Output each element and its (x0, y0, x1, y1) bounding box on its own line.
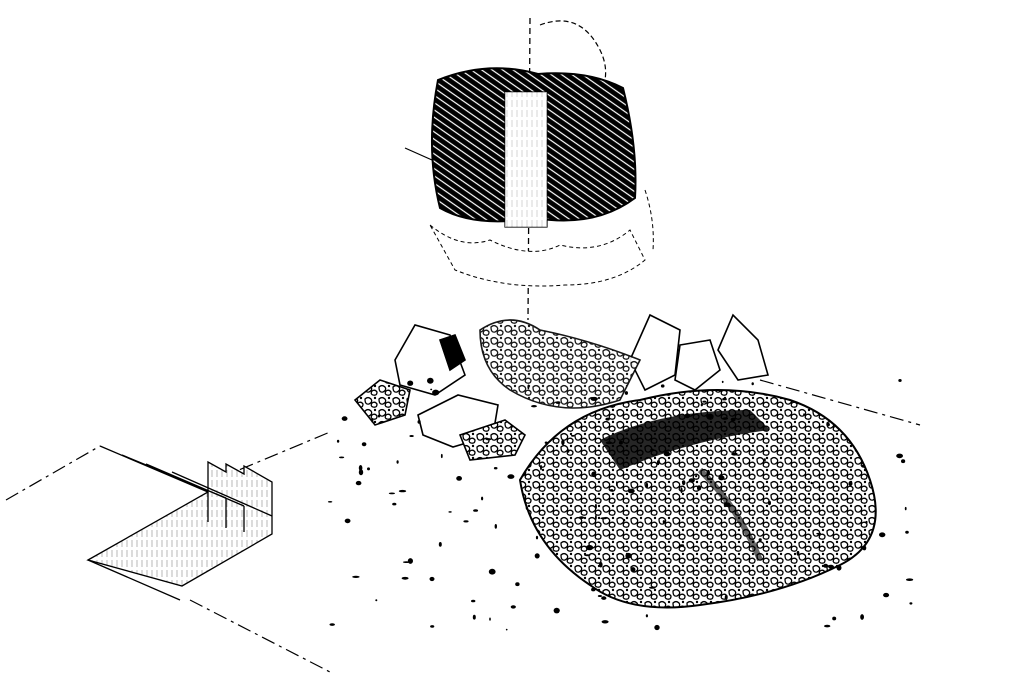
stepped-cut (88, 446, 272, 600)
rubble-heap (520, 390, 876, 608)
wall-fragment (405, 18, 653, 320)
illustration-canvas (0, 0, 1024, 686)
archaeological-drawing (0, 0, 1024, 686)
